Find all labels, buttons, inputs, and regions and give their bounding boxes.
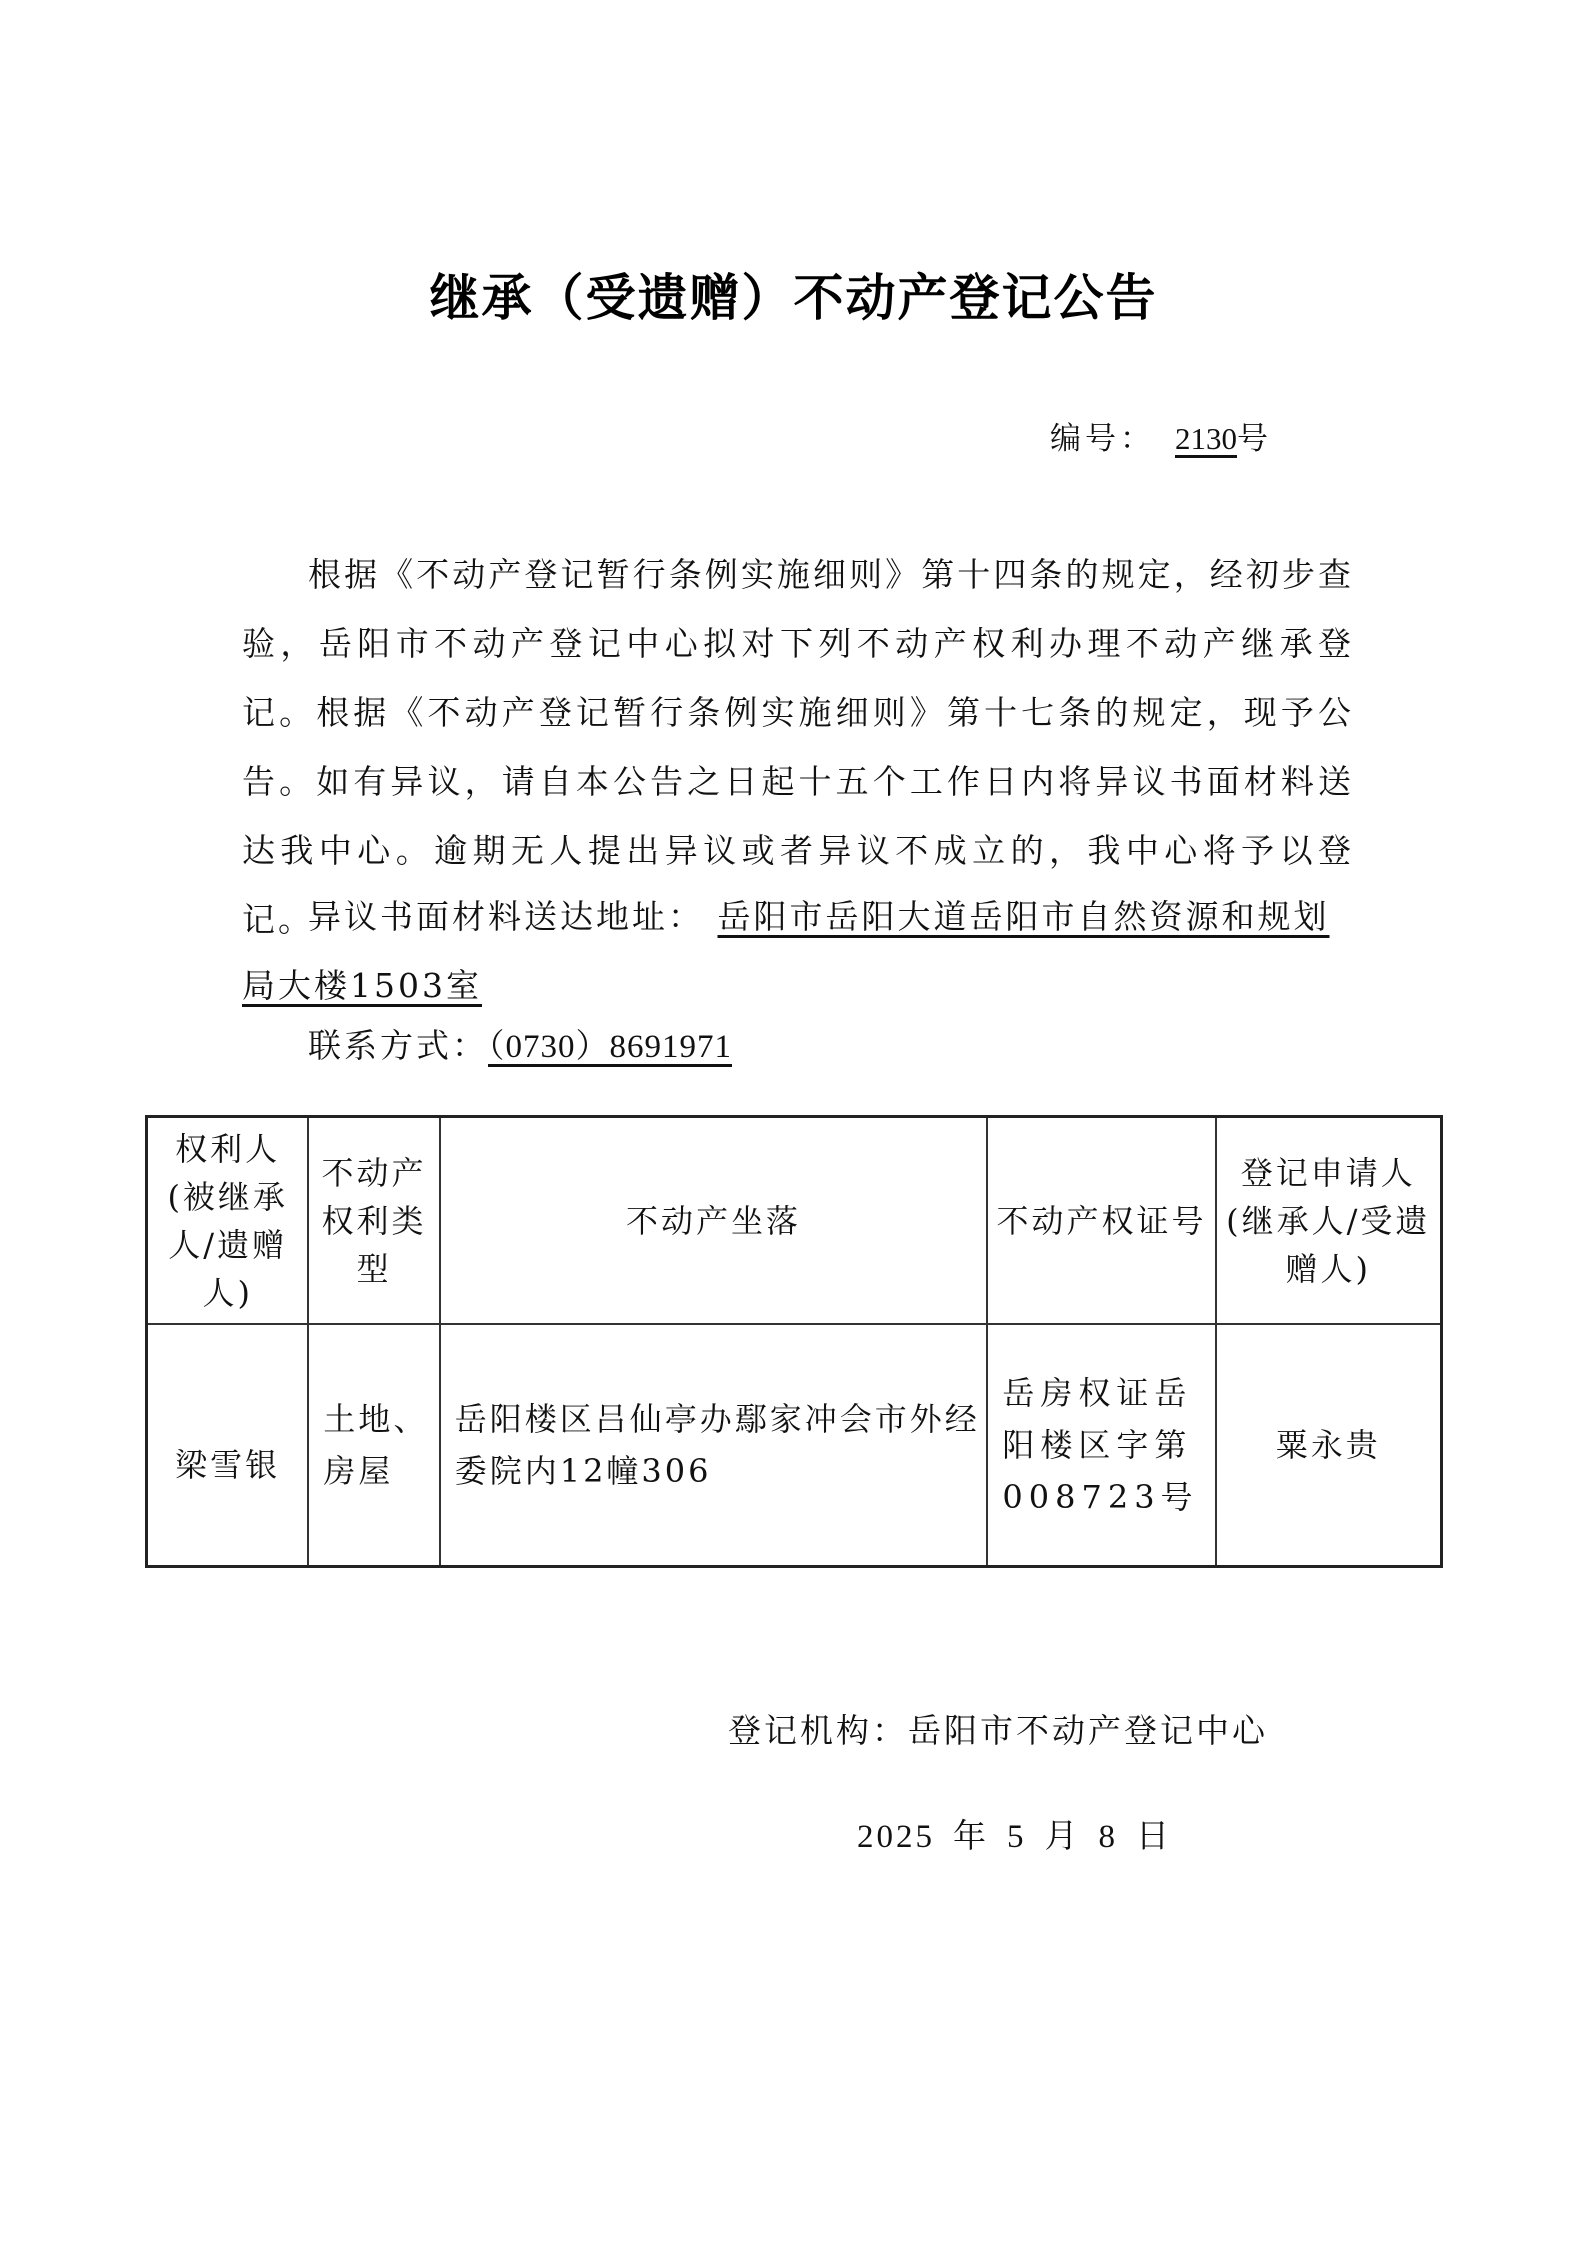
cell-right-holder: 梁雪银 bbox=[147, 1324, 309, 1567]
date-day-unit: 日 bbox=[1136, 1819, 1172, 1855]
page-title: 继承（受遗赠）不动产登记公告 bbox=[0, 258, 1587, 330]
header-applicant: 登记申请人(继承人/受遗赠人) bbox=[1216, 1117, 1442, 1325]
header-right-holder: 权利人(被继承人/遗赠人) bbox=[147, 1117, 309, 1325]
date-year: 2025 bbox=[857, 1819, 935, 1855]
document-number-value: 2130 bbox=[1175, 421, 1237, 456]
cell-right-type: 土地、房屋 bbox=[308, 1324, 439, 1567]
header-certificate-no: 不动产权证号 bbox=[987, 1117, 1215, 1325]
cell-certificate-no: 岳房权证岳阳楼区字第008723号 bbox=[987, 1324, 1215, 1567]
document-number-label: 编号： bbox=[1050, 421, 1155, 457]
objection-address-label: 异议书面材料送达地址： bbox=[242, 897, 704, 936]
authority-label: 登记机构： bbox=[728, 1711, 908, 1750]
date-month-unit: 月 bbox=[1045, 1819, 1081, 1855]
date-month: 5 bbox=[1007, 1819, 1027, 1855]
cell-applicant: 粟永贵 bbox=[1216, 1324, 1442, 1567]
date-day: 8 bbox=[1099, 1819, 1119, 1855]
document-number-suffix: 号 bbox=[1237, 421, 1272, 457]
date-year-unit: 年 bbox=[953, 1819, 989, 1855]
objection-address: 异议书面材料送达地址： 岳阳市岳阳大道岳阳市自然资源和规划局大楼1503室 bbox=[242, 882, 1354, 1020]
contact-label: 联系方式： bbox=[242, 1026, 488, 1065]
contact-phone: （0730）8691971 bbox=[488, 1029, 762, 1065]
cell-location: 岳阳楼区吕仙亭办鄢家冲会市外经委院内12幢306 bbox=[440, 1324, 988, 1567]
contact-info: 联系方式：（0730）8691971 bbox=[242, 1020, 762, 1067]
header-location: 不动产坐落 bbox=[440, 1117, 988, 1325]
table-header-row: 权利人(被继承人/遗赠人) 不动产权利类型 不动产坐落 不动产权证号 登记申请人… bbox=[147, 1117, 1442, 1325]
document-number: 编号：2130号 bbox=[1050, 413, 1272, 458]
notice-date: 2025年5月8日 bbox=[857, 1810, 1190, 1857]
property-table: 权利人(被继承人/遗赠人) 不动产权利类型 不动产坐落 不动产权证号 登记申请人… bbox=[145, 1115, 1443, 1568]
authority-name: 岳阳市不动产登记中心 bbox=[908, 1711, 1268, 1750]
registration-authority: 登记机构：岳阳市不动产登记中心 bbox=[728, 1705, 1268, 1752]
table-row: 梁雪银 土地、房屋 岳阳楼区吕仙亭办鄢家冲会市外经委院内12幢306 岳房权证岳… bbox=[147, 1324, 1442, 1567]
header-right-type: 不动产权利类型 bbox=[308, 1117, 439, 1325]
